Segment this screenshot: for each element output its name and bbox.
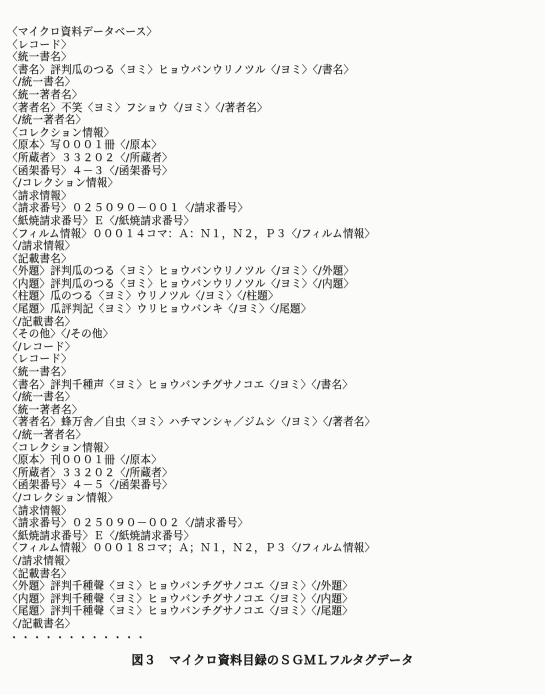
sgml-line: 〈コレクション情報〉 [7, 442, 375, 455]
sgml-line: 〈コレクション情報〉 [7, 127, 375, 140]
sgml-line: 〈フィルム情報〉０００１８コマ；Ａ；Ｎ１，Ｎ２，Ｐ３〈/フィルム情報〉 [7, 542, 375, 555]
sgml-line: 〈紙焼請求番号〉Ｅ〈/紙焼請求番号〉 [7, 530, 375, 543]
sgml-line: 〈著者名〉蜂万舎／自虫〈ヨミ〉ハチマンシャ／ジムシ〈/ヨミ〉〈/著者名〉 [7, 416, 375, 429]
sgml-line: 〈/記載書名〉 [7, 316, 375, 329]
sgml-line: 〈内題〉評判千種聲〈ヨミ〉ヒョウバンチグサノコエ〈/ヨミ〉〈/内題〉 [7, 593, 375, 606]
sgml-line: 〈/レコード〉 [7, 341, 375, 354]
sgml-line: 〈フィルム情報〉０００１４コマ：Ａ：Ｎ１，Ｎ２，Ｐ３〈/フィルム情報〉 [7, 228, 375, 241]
sgml-line: 〈記載書名〉 [7, 253, 375, 266]
sgml-line: 〈統一書名〉 [7, 51, 375, 64]
scanned-paper-page: 〈マイクロ資料データベース〉〈レコード〉〈統一書名〉〈書名〉評判瓜のつる〈ヨミ〉… [0, 0, 545, 695]
sgml-line: 〈マイクロ資料データベース〉 [7, 26, 375, 39]
sgml-line: 〈函架番号〉４－５〈/函架番号〉 [7, 479, 375, 492]
figure-caption: 図３マイクロ資料目録のＳＧＭＬフルタグデータ [0, 651, 545, 668]
figure-number: 図３ [131, 653, 156, 667]
truncation-dots: ・・・・・・・・・・・・ [9, 629, 147, 644]
sgml-line: 〈その他〉〈/その他〉 [7, 328, 375, 341]
sgml-line: 〈著者名〉不笑〈ヨミ〉フショウ〈/ヨミ〉〈/著者名〉 [7, 102, 375, 115]
sgml-line: 〈柱題〉瓜のつる〈ヨミ〉ウリノツル〈/ヨミ〉〈/柱題〉 [7, 290, 375, 303]
sgml-line: 〈外題〉評判瓜のつる〈ヨミ〉ヒョウバンウリノツル〈/ヨミ〉〈/外題〉 [7, 265, 375, 278]
sgml-line: 〈原本〉写０００１冊〈/原本〉 [7, 139, 375, 152]
sgml-line: 〈請求番号〉０２５０９０－００１〈/請求番号〉 [7, 202, 375, 215]
figure-title: マイクロ資料目録のＳＧＭＬフルタグデータ [169, 653, 414, 667]
sgml-line: 〈統一書名〉 [7, 366, 375, 379]
sgml-line: 〈尾題〉瓜評判記〈ヨミ〉ウリヒョウバンキ〈/ヨミ〉〈/尾題〉 [7, 303, 375, 316]
sgml-line: 〈/コレクション情報〉 [7, 492, 375, 505]
sgml-line: 〈外題〉評判千種聲〈ヨミ〉ヒョウバンチグサノコエ〈/ヨミ〉〈/外題〉 [7, 580, 375, 593]
sgml-line: 〈/統一書名〉 [7, 76, 375, 89]
sgml-line: 〈/統一書名〉 [7, 391, 375, 404]
sgml-line: 〈レコード〉 [7, 39, 375, 52]
sgml-line: 〈/請求情報〉 [7, 555, 375, 568]
sgml-line: 〈請求情報〉 [7, 505, 375, 518]
sgml-line: 〈書名〉評判瓜のつる〈ヨミ〉ヒョウバンウリノツル〈/ヨミ〉〈/書名〉 [7, 64, 375, 77]
sgml-line: 〈尾題〉評判千種聲〈ヨミ〉ヒョウバンチグサノコエ〈/ヨミ〉〈/尾題〉 [7, 605, 375, 618]
sgml-line: 〈統一著者名〉 [7, 89, 375, 102]
sgml-line: 〈請求番号〉０２５０９０－００２〈/請求番号〉 [7, 517, 375, 530]
sgml-line: 〈内題〉評判瓜のつる〈ヨミ〉ヒョウバンウリノツル〈/ヨミ〉〈/内題〉 [7, 278, 375, 291]
sgml-line: 〈/統一著者名〉 [7, 114, 375, 127]
sgml-line: 〈統一著者名〉 [7, 404, 375, 417]
sgml-line: 〈所蔵者〉３３２０２〈/所蔵者〉 [7, 467, 375, 480]
sgml-line: 〈原本〉刊０００１冊〈/原本〉 [7, 454, 375, 467]
sgml-line: 〈/請求情報〉 [7, 240, 375, 253]
sgml-line: 〈紙焼請求番号〉Ｅ〈/紙焼請求番号〉 [7, 215, 375, 228]
sgml-line: 〈所蔵者〉３３２０２〈/所蔵者〉 [7, 152, 375, 165]
sgml-line: 〈レコード〉 [7, 353, 375, 366]
sgml-line: 〈請求情報〉 [7, 190, 375, 203]
sgml-data-listing: 〈マイクロ資料データベース〉〈レコード〉〈統一書名〉〈書名〉評判瓜のつる〈ヨミ〉… [7, 26, 375, 631]
sgml-line: 〈書名〉評判千種声〈ヨミ〉ヒョウバンチグサノコエ〈/ヨミ〉〈/書名〉 [7, 379, 375, 392]
sgml-line: 〈函架番号〉４－３〈/函架番号〉 [7, 165, 375, 178]
sgml-line: 〈記載書名〉 [7, 568, 375, 581]
sgml-line: 〈/統一著者名〉 [7, 429, 375, 442]
sgml-line: 〈/コレクション情報〉 [7, 177, 375, 190]
